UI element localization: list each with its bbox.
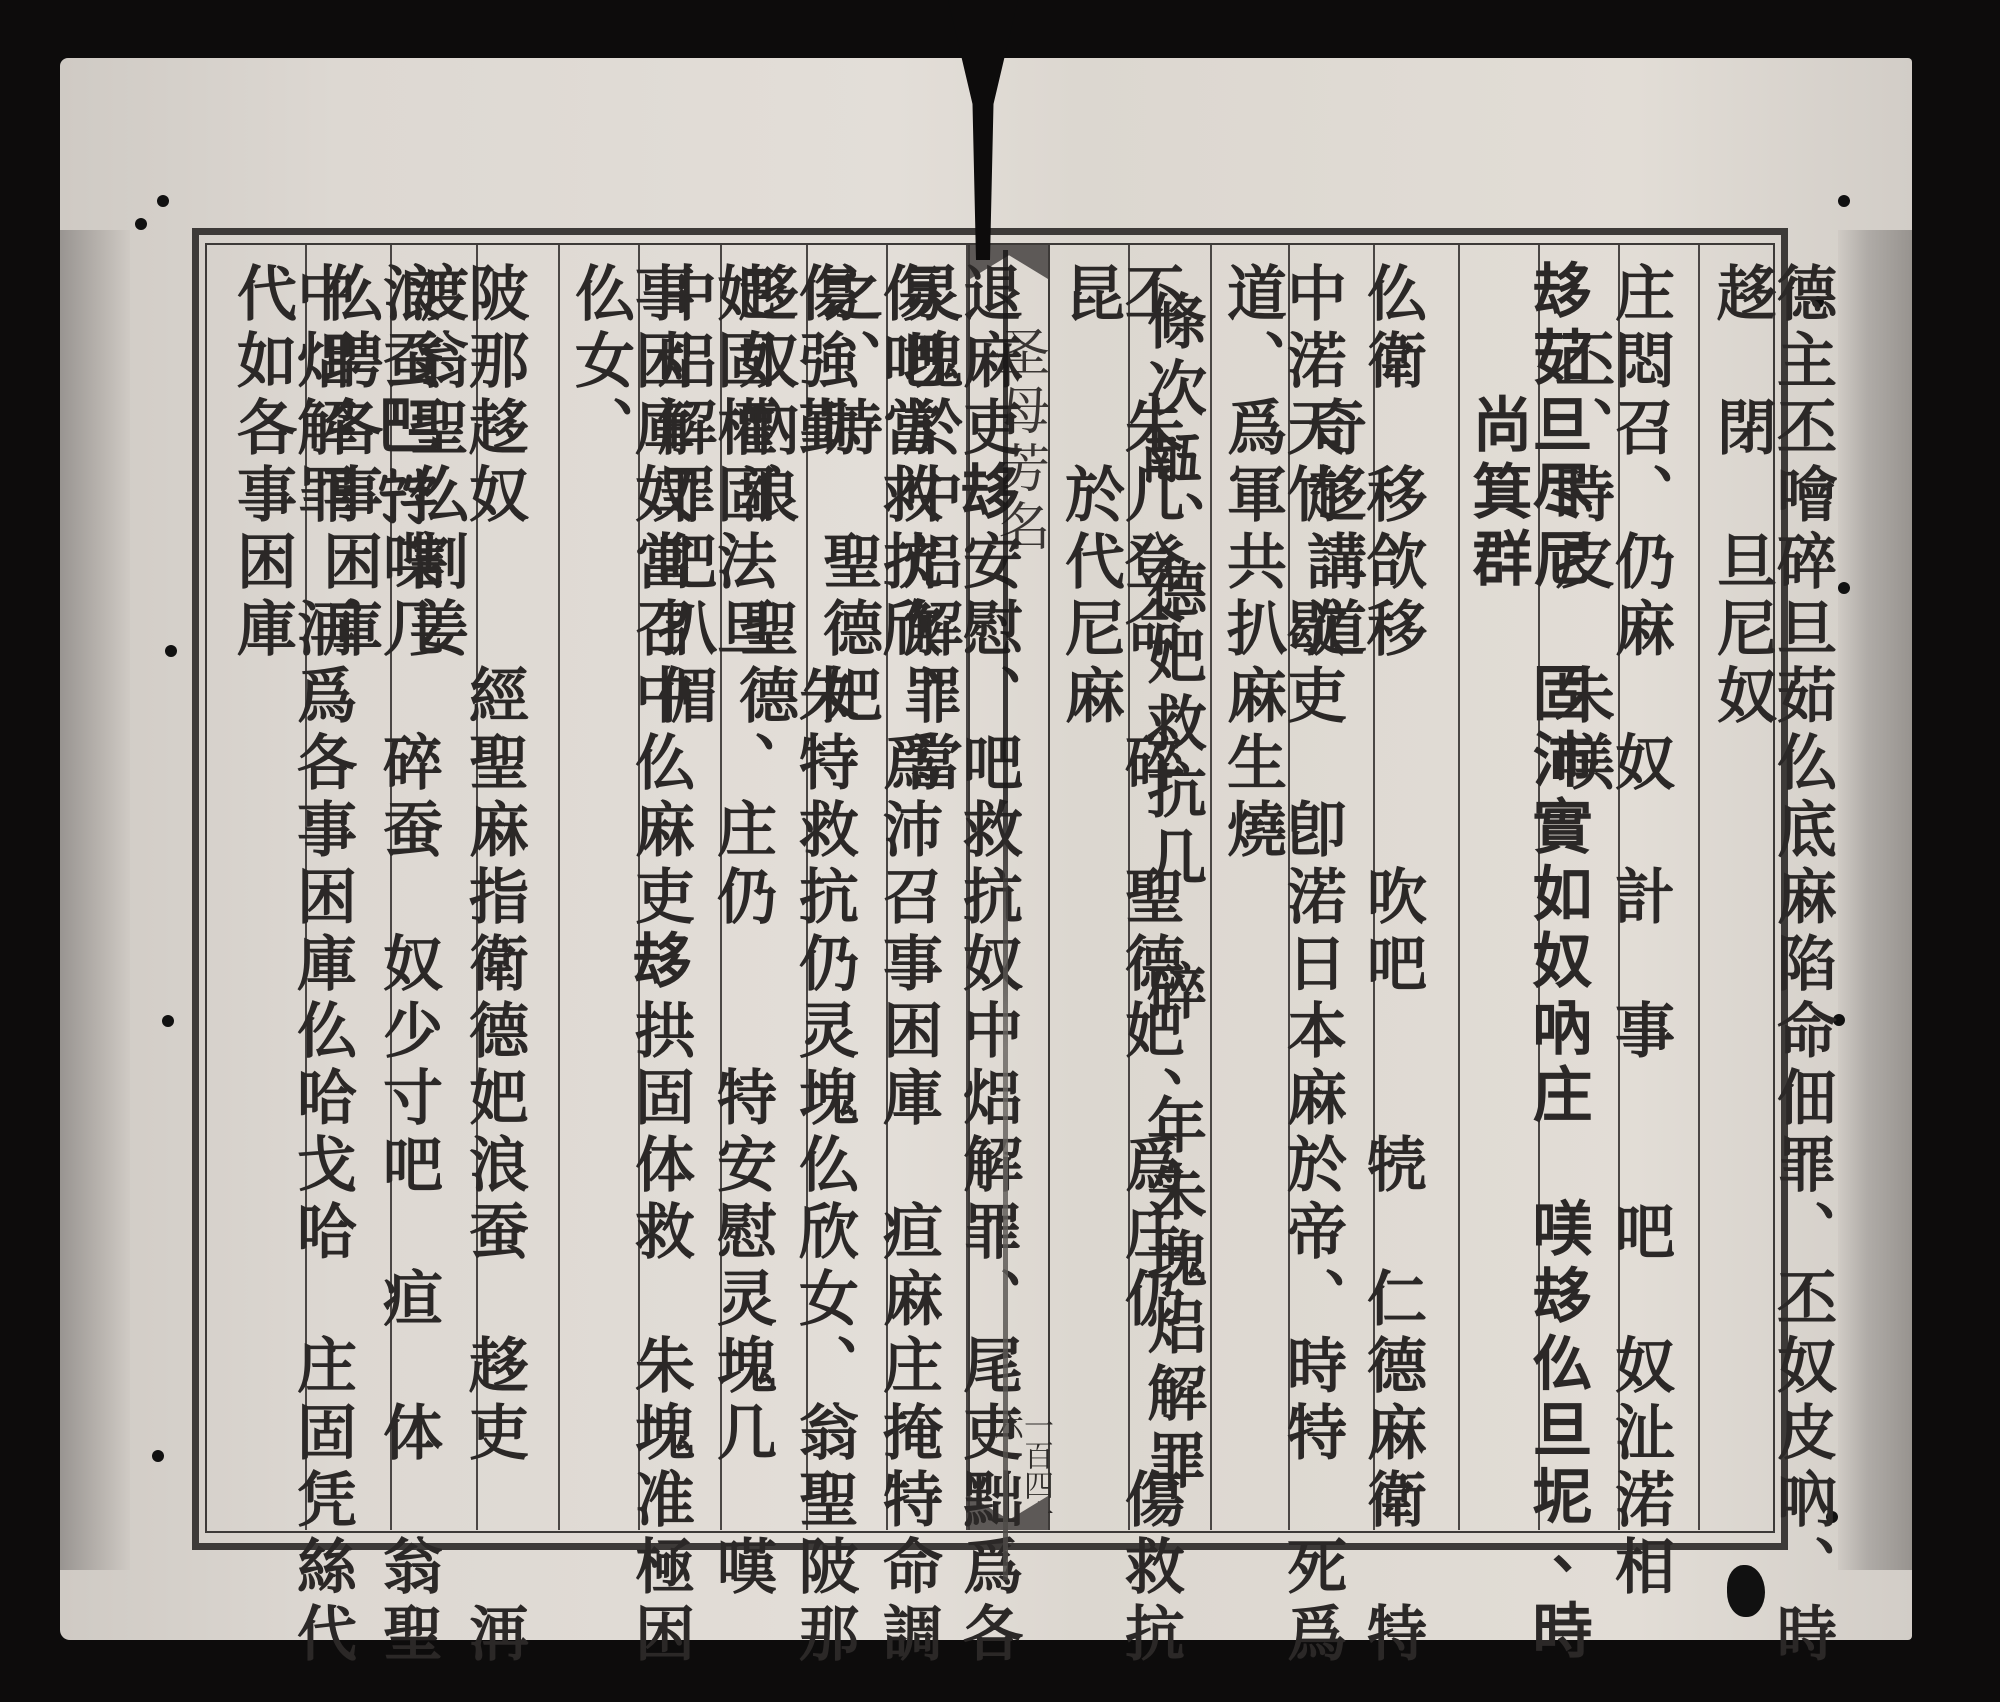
- right-binding-margin: [1838, 230, 1912, 1570]
- binding-hole: [135, 218, 147, 230]
- binding-hole: [162, 1015, 174, 1027]
- binding-hole: [152, 1450, 164, 1462]
- text-column-right-7: 中渃天竹𡗶歇吏𥙩卽渃日本麻於帝、時特𥚄死爲道、爲軍共扒麻生燒: [1222, 262, 1342, 1702]
- binding-hole: [1838, 195, 1850, 207]
- left-binding-margin: [60, 230, 130, 1570]
- binding-hole: [1838, 582, 1850, 594]
- text-column-right-8: 丕𥚄朱几登命𠇍碎𢚸聖德妑、爲庄仍𠻀𠫾傷救抗昆𤤰𠫾於代尼麻: [1060, 262, 1180, 1702]
- binding-hole: [157, 195, 169, 207]
- text-column-left-9: 中焒解罪𡲈洅爲各事困庫仫哈戈哈𣜶庄固凭絲代代如各事困庫: [232, 262, 352, 1702]
- center-crease: [1003, 250, 1008, 1580]
- binding-hole: [165, 645, 177, 657]
